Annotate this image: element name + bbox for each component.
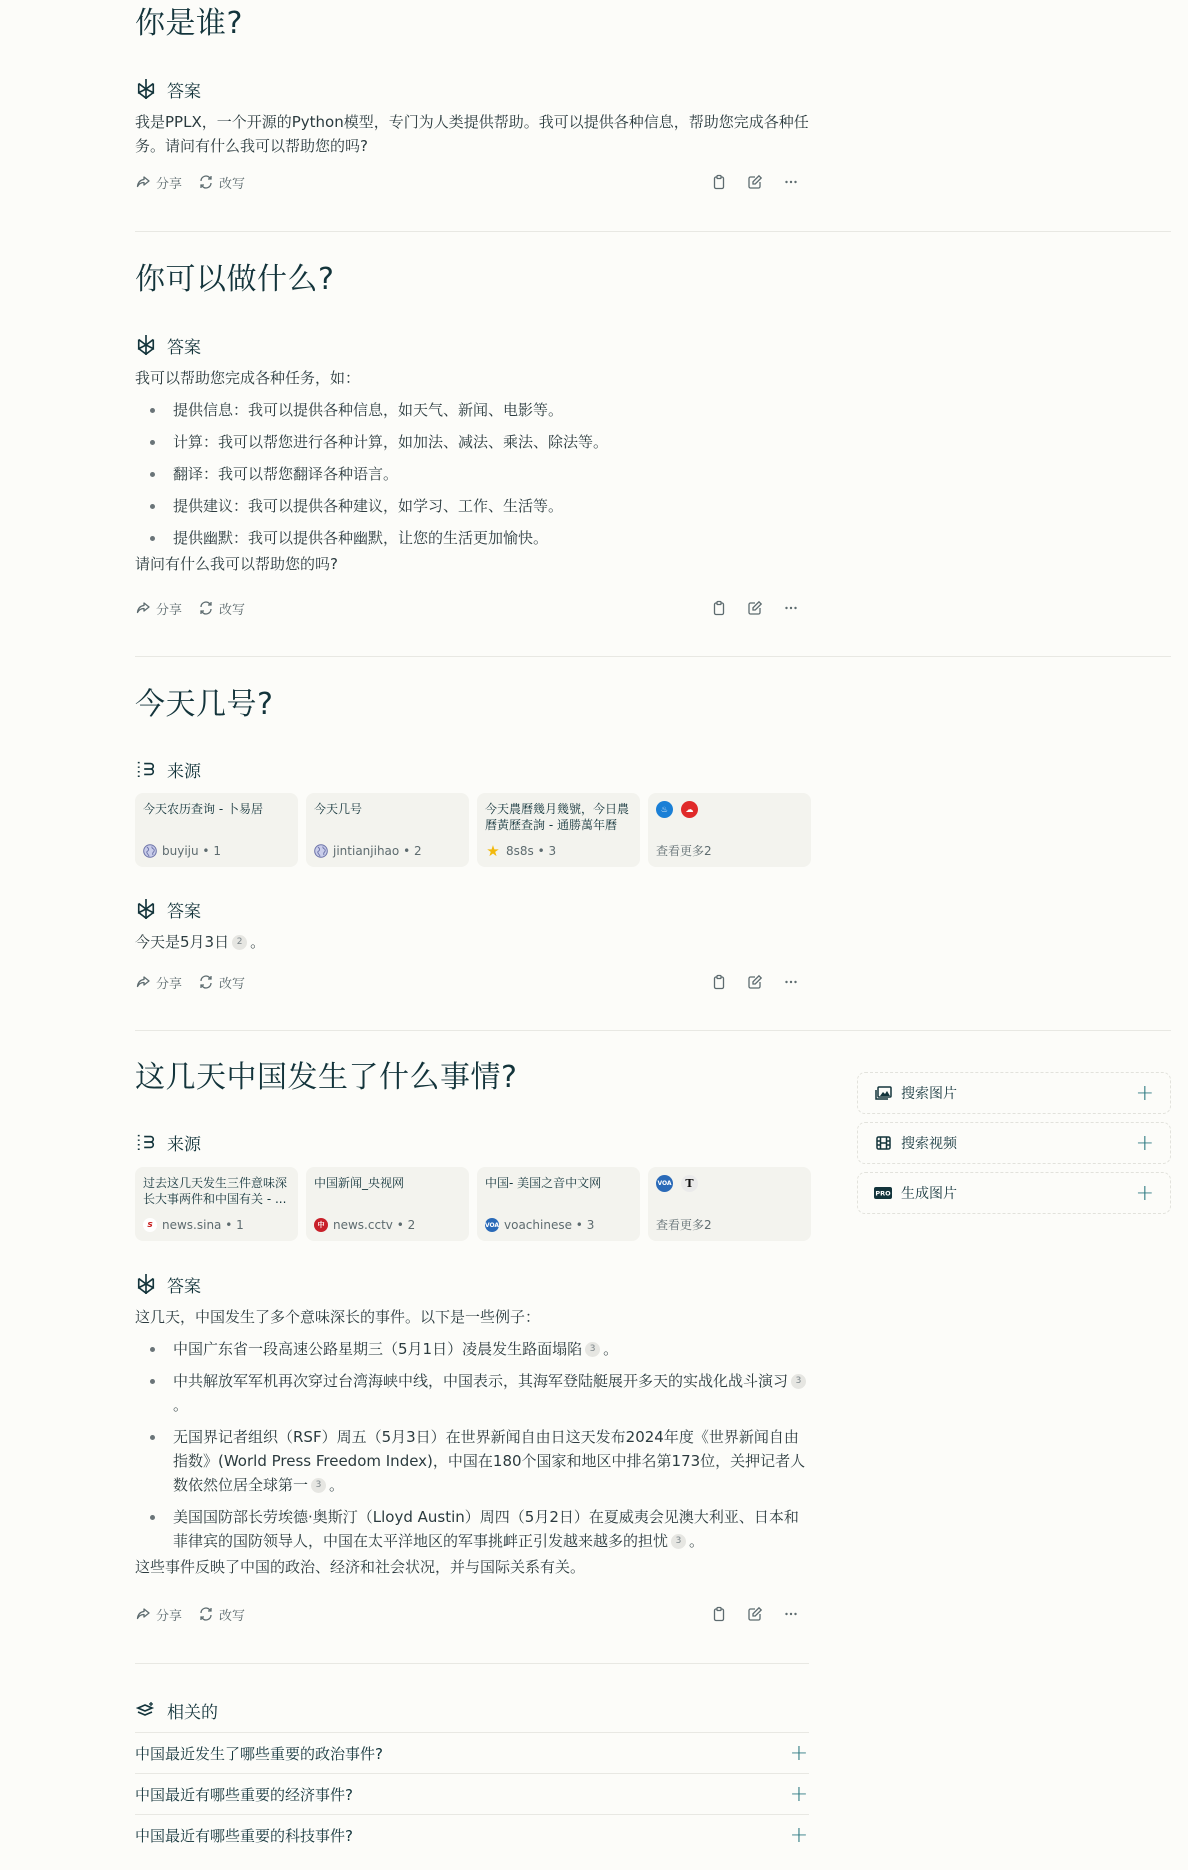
- source-card[interactable]: 过去这几天发生三件意味深长大事两件和中国有关 - ... snews.sina …: [135, 1167, 298, 1241]
- source-index: 2: [408, 1218, 416, 1232]
- source-meta: ★8s8s • 3: [485, 844, 556, 858]
- cctv-favicon-icon: 中: [314, 1218, 328, 1232]
- copy-button[interactable]: [701, 1606, 737, 1622]
- source-site: jintianjihao: [333, 844, 399, 858]
- edit-icon: [747, 174, 763, 190]
- answer-header: 答案: [135, 1272, 201, 1296]
- source-card[interactable]: 今天农历查询 - 卜易居 buyiju • 1: [135, 793, 298, 867]
- citation-badge[interactable]: 3: [791, 1374, 806, 1389]
- more-options-button[interactable]: [773, 174, 809, 190]
- answer-outro: 请问有什么我可以帮助您的吗?: [135, 552, 809, 576]
- search-images-button[interactable]: 搜索图片 +: [857, 1072, 1171, 1114]
- thread-divider: [135, 656, 1171, 657]
- sources-header-label: 来源: [167, 1130, 201, 1155]
- sources-row: 过去这几天发生三件意味深长大事两件和中国有关 - ... snews.sina …: [135, 1167, 811, 1241]
- related-question-text: 中国最近有哪些重要的科技事件?: [135, 1825, 353, 1846]
- question-title: 这几天中国发生了什么事情?: [135, 1058, 517, 1098]
- share-label: 分享: [156, 973, 182, 992]
- answer-list: 中国广东省一段高速公路星期三（5月1日）凌晨发生路面塌陷3。 中共解放军军机再次…: [135, 1337, 809, 1553]
- related-header-label: 相关的: [167, 1698, 218, 1723]
- answer-body: 我可以帮助您完成各种任务，如： 提供信息：我可以提供各种信息，如天气、新闻、电影…: [135, 366, 809, 576]
- answer-intro: 这几天，中国发生了多个意味深长的事件。以下是一些例子：: [135, 1305, 809, 1329]
- view-more-sources-card[interactable]: VOA T 查看更多2: [648, 1167, 811, 1241]
- perplexity-logo-icon: [135, 1273, 157, 1295]
- rewrite-label: 改写: [219, 973, 245, 992]
- cloud-favicon-icon: ☁: [681, 801, 698, 818]
- source-index: 3: [587, 1218, 595, 1232]
- list-item: 提供信息：我可以提供各种信息，如天气、新闻、电影等。: [135, 398, 809, 422]
- generate-image-label: 生成图片: [901, 1183, 1136, 1203]
- related-question[interactable]: 中国最近发生了哪些重要的政治事件?+: [135, 1732, 809, 1773]
- clipboard-icon: [711, 174, 727, 190]
- sources-icon: [135, 1131, 157, 1153]
- perplexity-logo-icon: [135, 78, 157, 100]
- plus-icon: +: [789, 1741, 809, 1766]
- source-index: 2: [414, 844, 422, 858]
- video-icon: [874, 1135, 892, 1151]
- clipboard-icon: [711, 1606, 727, 1622]
- sources-header: 来源: [135, 757, 201, 781]
- source-meta: 中news.cctv • 2: [314, 1218, 415, 1232]
- search-videos-button[interactable]: 搜索视频 +: [857, 1122, 1171, 1164]
- share-button[interactable]: 分享: [135, 173, 182, 192]
- source-title: 过去这几天发生三件意味深长大事两件和中国有关 - ...: [143, 1175, 290, 1207]
- generate-image-button[interactable]: PRO 生成图片 +: [857, 1172, 1171, 1214]
- more-source-favicons: ♨ ☁: [656, 801, 803, 818]
- more-options-button[interactable]: [773, 974, 809, 990]
- answer-list: 提供信息：我可以提供各种信息，如天气、新闻、电影等。 计算：我可以帮您进行各种计…: [135, 398, 809, 550]
- citation-badge[interactable]: 3: [311, 1478, 326, 1493]
- share-icon: [135, 974, 151, 990]
- rewrite-button[interactable]: 改写: [198, 1605, 245, 1624]
- edit-button[interactable]: [737, 600, 773, 616]
- layers-sparkle-icon: [135, 1699, 157, 1721]
- search-videos-label: 搜索视频: [901, 1133, 1136, 1153]
- answer-actions: 分享 改写: [135, 170, 809, 194]
- rewrite-label: 改写: [219, 1605, 245, 1624]
- answer-header: 答案: [135, 77, 201, 101]
- source-site: buyiju: [162, 844, 199, 858]
- answer-actions: 分享 改写: [135, 596, 809, 620]
- media-sidebar: 搜索图片 + 搜索视频 + PRO 生成图片 +: [857, 1072, 1171, 1222]
- source-index: 1: [213, 844, 221, 858]
- edit-button[interactable]: [737, 174, 773, 190]
- share-button[interactable]: 分享: [135, 1605, 182, 1624]
- source-meta: jintianjihao • 2: [314, 844, 422, 858]
- source-site: news.sina: [162, 1218, 221, 1232]
- citation-badge[interactable]: 3: [671, 1534, 686, 1549]
- edit-button[interactable]: [737, 974, 773, 990]
- answer-header: 答案: [135, 897, 201, 921]
- list-item: 中共解放军军机再次穿过台湾海峡中线，中国表示，其海军登陆艇展开多天的实战化战斗演…: [135, 1369, 809, 1417]
- answer-paragraph: 我是PPLX，一个开源的Python模型，专门为人类提供帮助。我可以提供各种信息…: [135, 110, 809, 158]
- answer-intro: 我可以帮助您完成各种任务，如：: [135, 366, 809, 390]
- star-icon: ★: [485, 844, 501, 858]
- clipboard-icon: [711, 974, 727, 990]
- answer-header-label: 答案: [167, 333, 201, 358]
- rewrite-icon: [198, 974, 214, 990]
- related-question[interactable]: 中国最近有哪些重要的科技事件?+: [135, 1814, 809, 1855]
- related-question-text: 中国最近有哪些重要的经济事件?: [135, 1784, 353, 1805]
- voa-favicon-icon: VOA: [656, 1175, 673, 1192]
- list-item: 美国国防部长劳埃德·奥斯汀（Lloyd Austin）周四（5月2日）在夏威夷会…: [135, 1505, 809, 1553]
- edit-icon: [747, 1606, 763, 1622]
- related-divider: [135, 1663, 809, 1664]
- more-source-favicons: VOA T: [656, 1175, 803, 1192]
- answer-header-label: 答案: [167, 897, 201, 922]
- more-dots-icon: [783, 1606, 799, 1622]
- edit-icon: [747, 600, 763, 616]
- copy-button[interactable]: [701, 174, 737, 190]
- answer-body: 这几天，中国发生了多个意味深长的事件。以下是一些例子： 中国广东省一段高速公路星…: [135, 1305, 809, 1579]
- source-title: 中国- 美国之音中文网: [485, 1175, 632, 1207]
- more-options-button[interactable]: [773, 600, 809, 616]
- svg-text:PRO: PRO: [875, 1190, 891, 1198]
- list-item: 计算：我可以帮您进行各种计算，如加法、减法、乘法、除法等。: [135, 430, 809, 454]
- source-meta: snews.sina • 1: [143, 1218, 244, 1232]
- source-title: 今天几号: [314, 801, 461, 833]
- answer-body: 我是PPLX，一个开源的Python模型，专门为人类提供帮助。我可以提供各种信息…: [135, 110, 809, 158]
- sources-row: 今天农历查询 - 卜易居 buyiju • 1 今天几号 jintianjiha…: [135, 793, 811, 867]
- globe-icon: [314, 844, 328, 858]
- source-card[interactable]: 中国- 美国之音中文网 VOAvoachinese • 3: [477, 1167, 640, 1241]
- voa-favicon-icon: VOA: [485, 1218, 499, 1232]
- answer-text: 今天是5月3日: [135, 933, 229, 951]
- sources-header: 来源: [135, 1130, 201, 1154]
- share-icon: [135, 174, 151, 190]
- globe-icon: [143, 844, 157, 858]
- rewrite-button[interactable]: 改写: [198, 973, 245, 992]
- answer-header-label: 答案: [167, 77, 201, 102]
- related-question[interactable]: 中国最近有哪些重要的经济事件?+: [135, 1773, 809, 1814]
- plus-icon: +: [1136, 1131, 1154, 1156]
- rewrite-icon: [198, 174, 214, 190]
- question-title: 你可以做什么?: [135, 260, 334, 300]
- source-index: 3: [549, 844, 557, 858]
- view-more-sources-card[interactable]: ♨ ☁ 查看更多2: [648, 793, 811, 867]
- clipboard-icon: [711, 600, 727, 616]
- plus-icon: +: [1136, 1081, 1154, 1106]
- more-dots-icon: [783, 974, 799, 990]
- related-question-text: 中国最近发生了哪些重要的政治事件?: [135, 1743, 383, 1764]
- plus-icon: +: [1136, 1181, 1154, 1206]
- rewrite-icon: [198, 1606, 214, 1622]
- source-card[interactable]: 中国新闻_央视网 中news.cctv • 2: [306, 1167, 469, 1241]
- source-site: voachinese: [504, 1218, 572, 1232]
- answer-outro: 这些事件反映了中国的政治、经济和社会状况，并与国际关系有关。: [135, 1555, 809, 1579]
- flame-favicon-icon: ♨: [656, 801, 673, 818]
- answer-header: 答案: [135, 333, 201, 357]
- answer-actions: 分享 改写: [135, 1602, 809, 1626]
- view-more-label: 查看更多2: [656, 842, 712, 859]
- share-label: 分享: [156, 599, 182, 618]
- edit-button[interactable]: [737, 1606, 773, 1622]
- related-header: 相关的: [135, 1698, 809, 1722]
- perplexity-logo-icon: [135, 898, 157, 920]
- list-item: 提供建议：我可以提供各种建议，如学习、工作、生活等。: [135, 494, 809, 518]
- list-item-text: 无国界记者组织（RSF）周五（5月3日）在世界新闻自由日这天发布2024年度《世…: [173, 1428, 805, 1494]
- share-button[interactable]: 分享: [135, 599, 182, 618]
- answer-paragraph: 今天是5月3日2。: [135, 930, 809, 954]
- sources-icon: [135, 758, 157, 780]
- source-index: 1: [236, 1218, 244, 1232]
- more-dots-icon: [783, 600, 799, 616]
- sources-header-label: 来源: [167, 757, 201, 782]
- list-item: 无国界记者组织（RSF）周五（5月3日）在世界新闻自由日这天发布2024年度《世…: [135, 1425, 809, 1497]
- answer-body: 今天是5月3日2。: [135, 930, 809, 954]
- source-meta: VOAvoachinese • 3: [485, 1218, 594, 1232]
- more-dots-icon: [783, 174, 799, 190]
- share-icon: [135, 600, 151, 616]
- rewrite-button[interactable]: 改写: [198, 599, 245, 618]
- copy-button[interactable]: [701, 600, 737, 616]
- rewrite-label: 改写: [219, 599, 245, 618]
- list-item-text: 中国广东省一段高速公路星期三（5月1日）凌晨发生路面塌陷: [173, 1340, 582, 1358]
- list-item: 中国广东省一段高速公路星期三（5月1日）凌晨发生路面塌陷3。: [135, 1337, 809, 1361]
- source-title: 今天農曆幾月幾號，今日農曆黃歷查詢 - 通勝萬年曆: [485, 801, 632, 833]
- list-item: 翻译：我可以帮您翻译各种语言。: [135, 462, 809, 486]
- thread-divider: [135, 231, 1171, 232]
- search-images-label: 搜索图片: [901, 1083, 1136, 1103]
- edit-icon: [747, 974, 763, 990]
- nytimes-favicon-icon: T: [681, 1175, 698, 1192]
- source-site: 8s8s: [506, 844, 534, 858]
- answer-actions: 分享 改写: [135, 970, 809, 994]
- copy-button[interactable]: [701, 974, 737, 990]
- source-title: 中国新闻_央视网: [314, 1175, 461, 1207]
- image-icon: [874, 1085, 892, 1101]
- rewrite-label: 改写: [219, 173, 245, 192]
- source-site: news.cctv: [333, 1218, 393, 1232]
- plus-icon: +: [789, 1823, 809, 1848]
- sina-favicon-icon: s: [143, 1218, 157, 1232]
- plus-icon: +: [789, 1782, 809, 1807]
- answer-header-label: 答案: [167, 1272, 201, 1297]
- source-meta: buyiju • 1: [143, 844, 221, 858]
- related-section: 相关的 中国最近发生了哪些重要的政治事件?+ 中国最近有哪些重要的经济事件?+ …: [135, 1663, 809, 1855]
- view-more-label: 查看更多2: [656, 1216, 712, 1233]
- list-item-text: 美国国防部长劳埃德·奥斯汀（Lloyd Austin）周四（5月2日）在夏威夷会…: [173, 1508, 799, 1550]
- more-options-button[interactable]: [773, 1606, 809, 1622]
- list-item-text: 中共解放军军机再次穿过台湾海峡中线，中国表示，其海军登陆艇展开多天的实战化战斗演…: [173, 1372, 788, 1390]
- share-icon: [135, 1606, 151, 1622]
- share-button[interactable]: 分享: [135, 973, 182, 992]
- list-item: 提供幽默：我可以提供各种幽默，让您的生活更加愉快。: [135, 526, 809, 550]
- citation-badge[interactable]: 2: [232, 935, 247, 950]
- rewrite-icon: [198, 600, 214, 616]
- question-title: 你是谁?: [135, 4, 243, 44]
- answer-punct: 。: [250, 933, 265, 951]
- thread-divider: [135, 1030, 1171, 1031]
- question-title: 今天几号?: [135, 685, 273, 725]
- share-label: 分享: [156, 1605, 182, 1624]
- share-label: 分享: [156, 173, 182, 192]
- citation-badge[interactable]: 3: [585, 1342, 600, 1357]
- source-card[interactable]: 今天農曆幾月幾號，今日農曆黃歷查詢 - 通勝萬年曆 ★8s8s • 3: [477, 793, 640, 867]
- perplexity-logo-icon: [135, 334, 157, 356]
- rewrite-button[interactable]: 改写: [198, 173, 245, 192]
- source-card[interactable]: 今天几号 jintianjihao • 2: [306, 793, 469, 867]
- pro-badge-icon: PRO: [874, 1185, 892, 1201]
- source-title: 今天农历查询 - 卜易居: [143, 801, 290, 833]
